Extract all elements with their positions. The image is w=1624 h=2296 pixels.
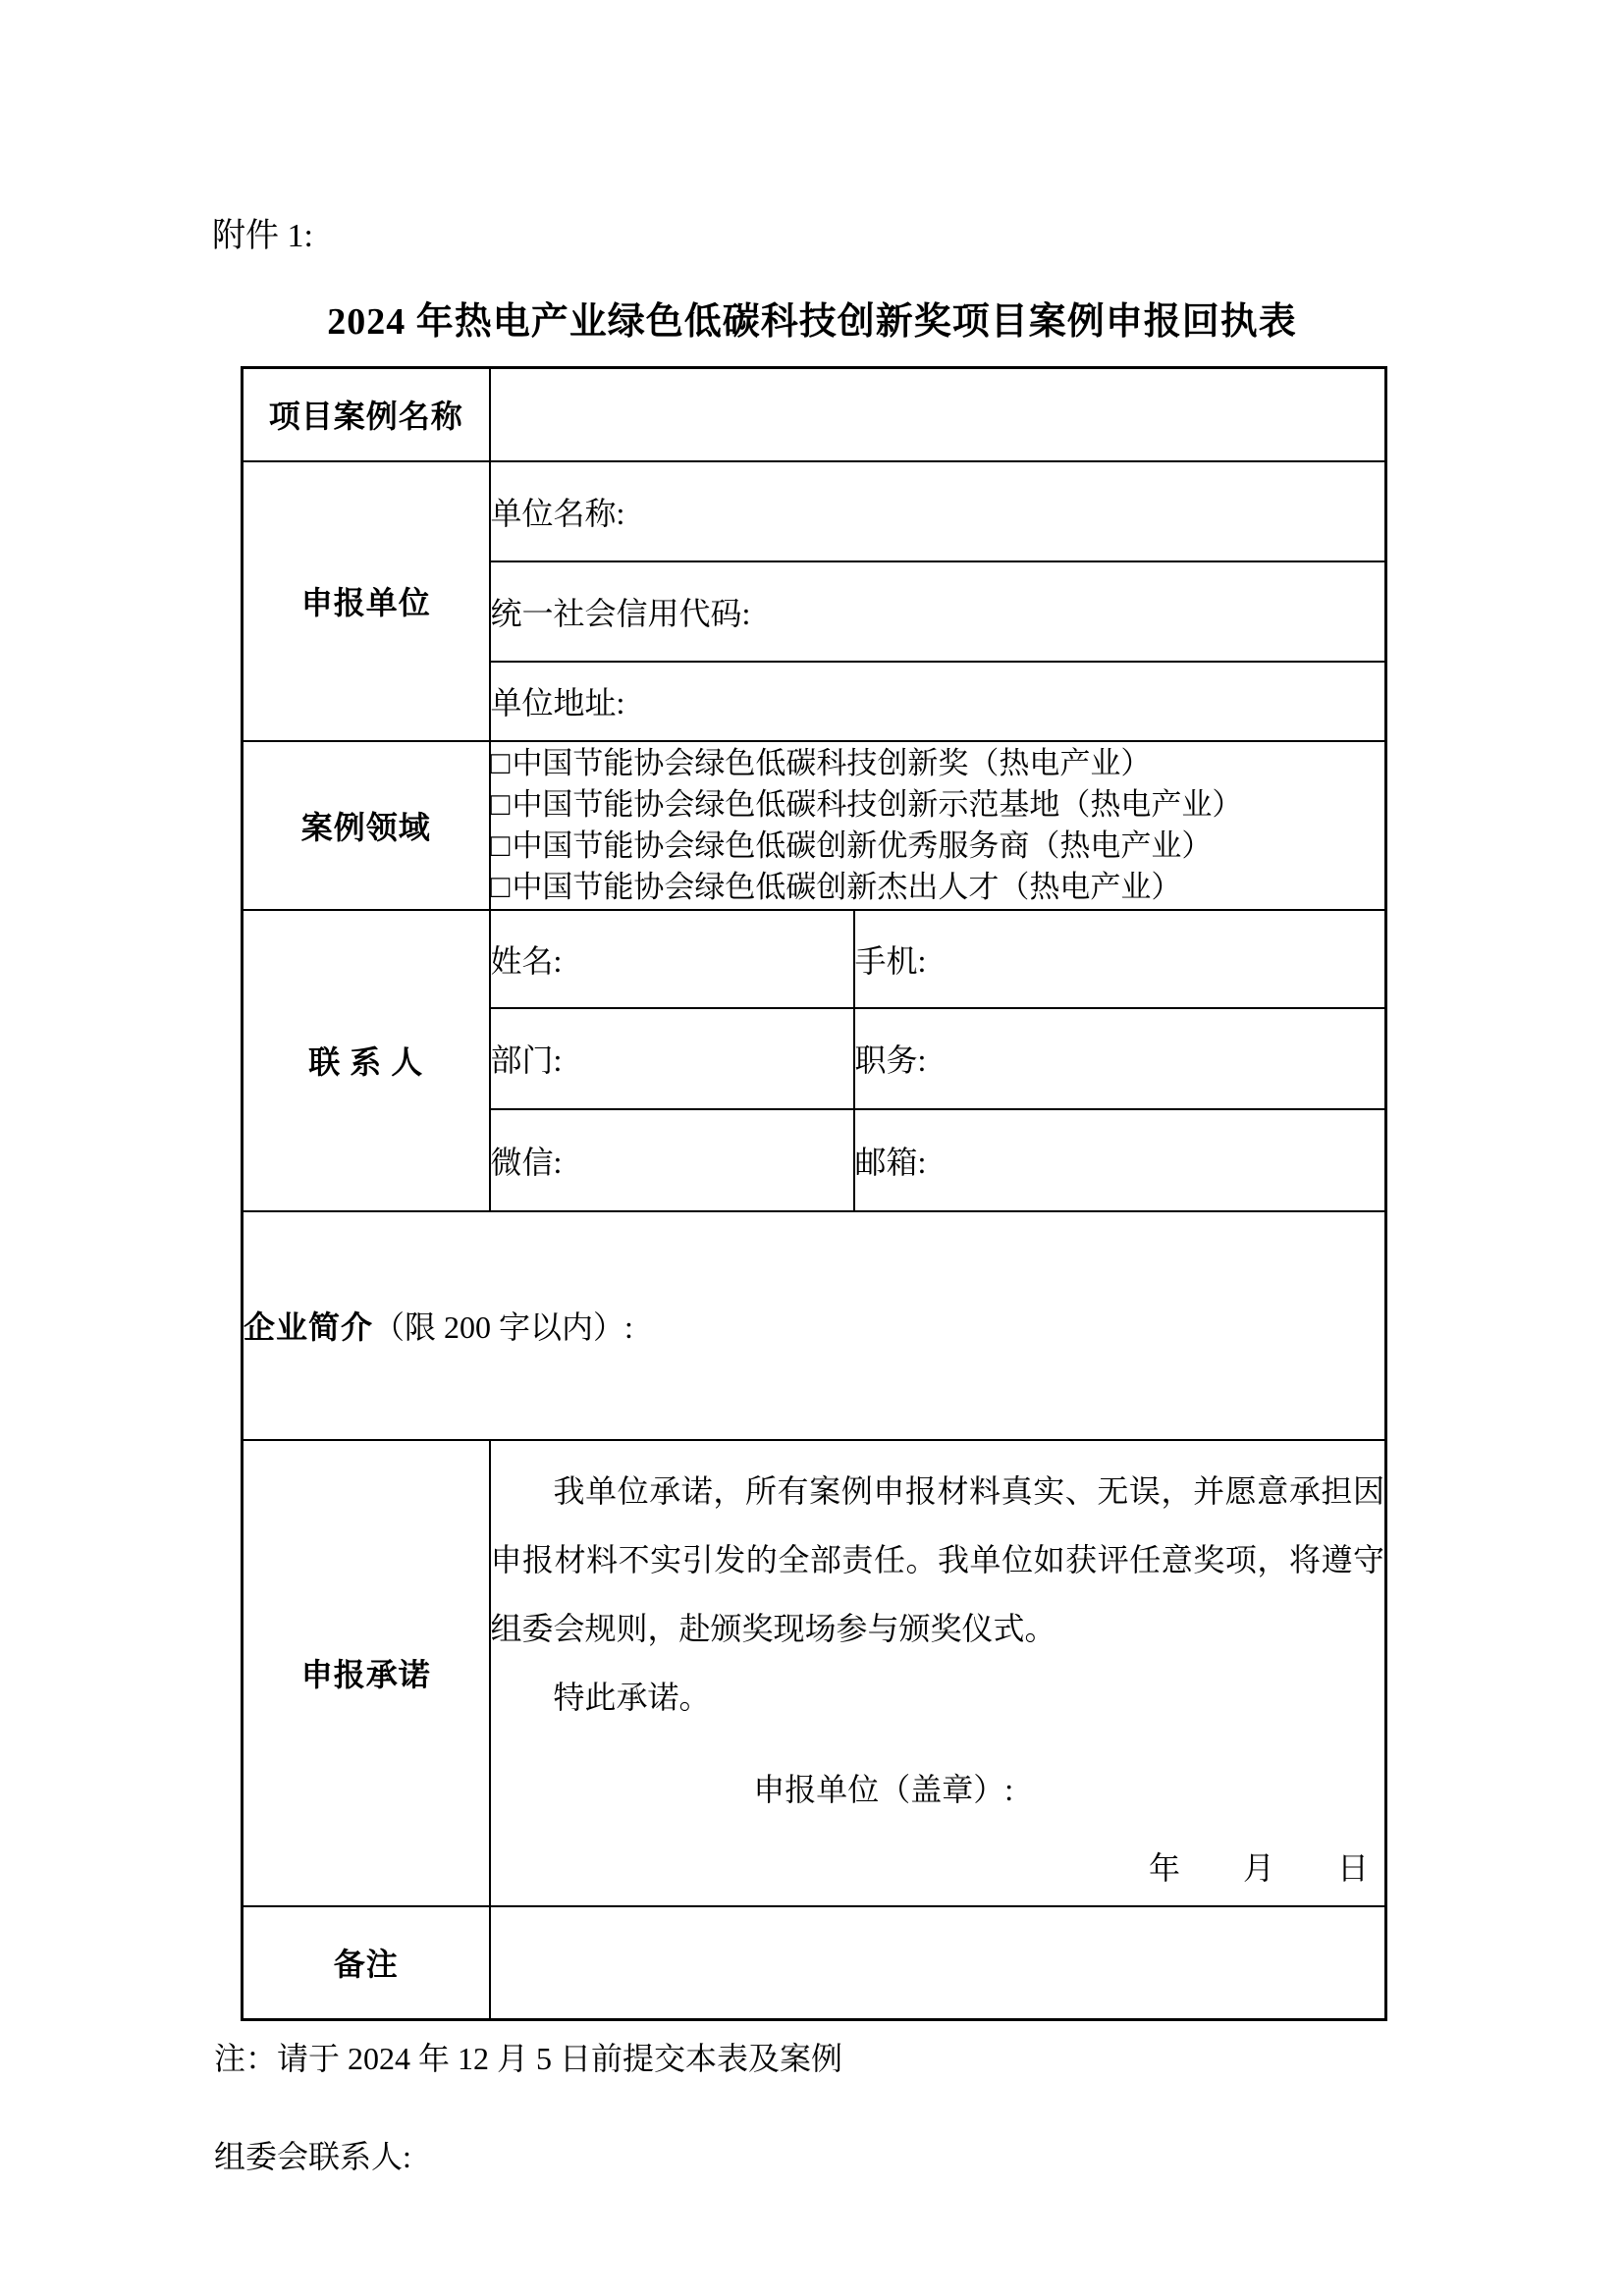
- case-option-innovation-award[interactable]: □中国节能协会绿色低碳科技创新奖（热电产业）: [491, 743, 1385, 784]
- committee-contact-label: 组委会联系人:: [214, 2132, 411, 2177]
- case-option-label: 中国节能协会绿色低碳创新杰出人才（热电产业）: [512, 870, 1181, 904]
- applicant-label: 申报单位: [243, 461, 490, 741]
- case-option-talent[interactable]: □中国节能协会绿色低碳创新杰出人才（热电产业）: [491, 867, 1385, 908]
- case-option-demo-base[interactable]: □中国节能协会绿色低碳科技创新示范基地（热电产业）: [491, 784, 1385, 826]
- checkbox-icon: □: [491, 787, 511, 823]
- attachment-label: 附件 1:: [212, 208, 313, 256]
- unit-name-field[interactable]: 单位名称:: [490, 461, 1386, 561]
- remarks-label: 备注: [243, 1906, 490, 2020]
- unit-address-field[interactable]: 单位地址:: [490, 662, 1386, 741]
- company-profile-limit-note: （限 200 字以内）:: [373, 1309, 633, 1345]
- checkbox-icon: □: [491, 746, 511, 781]
- submission-deadline-note: 注：请于 2024 年 12 月 5 日前提交本表及案例: [214, 2034, 842, 2079]
- case-option-label: 中国节能协会绿色低碳科技创新示范基地（热电产业）: [512, 787, 1242, 822]
- commitment-paragraph: 我单位承诺，所有案例申报材料真实、无误，并愿意承担因申报材料不实引发的全部责任。…: [491, 1457, 1385, 1663]
- checkbox-icon: □: [491, 828, 511, 864]
- commitment-content-cell: 我单位承诺，所有案例申报材料真实、无误，并愿意承担因申报材料不实引发的全部责任。…: [490, 1440, 1386, 1906]
- contact-label: 联 系 人: [243, 910, 490, 1211]
- date-line: 年 月 日: [491, 1843, 1385, 1889]
- page-title: 2024 年热电产业绿色低碳科技创新奖项目案例申报回执表: [0, 291, 1624, 345]
- case-option-service-provider[interactable]: □中国节能协会绿色低碳创新优秀服务商（热电产业）: [491, 826, 1385, 867]
- contact-wechat-field[interactable]: 微信:: [490, 1109, 854, 1211]
- commitment-label: 申报承诺: [243, 1440, 490, 1906]
- stamp-label: 申报单位（盖章）:: [491, 1765, 1385, 1810]
- case-option-label: 中国节能协会绿色低碳科技创新奖（热电产业）: [512, 746, 1151, 780]
- contact-mobile-field[interactable]: 手机:: [854, 910, 1386, 1008]
- contact-email-field[interactable]: 邮箱:: [854, 1109, 1386, 1211]
- document-page: { "document": { "attachment_label": "附件 …: [0, 0, 1624, 2296]
- application-form-table: 项目案例名称 申报单位 单位名称: 统一社会信用代码: 单位地址: 案例领域 □…: [241, 366, 1387, 2021]
- project-name-label: 项目案例名称: [243, 368, 490, 461]
- remarks-value-cell[interactable]: [490, 1906, 1386, 2020]
- contact-name-field[interactable]: 姓名:: [490, 910, 854, 1008]
- company-profile-cell[interactable]: 企业简介（限 200 字以内）:: [243, 1211, 1386, 1440]
- contact-position-field[interactable]: 职务:: [854, 1008, 1386, 1109]
- case-options-cell: □中国节能协会绿色低碳科技创新奖（热电产业） □中国节能协会绿色低碳科技创新示范…: [490, 741, 1386, 910]
- credit-code-field[interactable]: 统一社会信用代码:: [490, 561, 1386, 662]
- checkbox-icon: □: [491, 870, 511, 905]
- case-option-label: 中国节能协会绿色低碳创新优秀服务商（热电产业）: [512, 828, 1212, 863]
- case-field-label: 案例领域: [243, 741, 490, 910]
- company-profile-label: 企业简介: [244, 1309, 373, 1345]
- contact-department-field[interactable]: 部门:: [490, 1008, 854, 1109]
- commitment-closing: 特此承诺。: [491, 1663, 1385, 1732]
- project-name-value-cell[interactable]: [490, 368, 1386, 461]
